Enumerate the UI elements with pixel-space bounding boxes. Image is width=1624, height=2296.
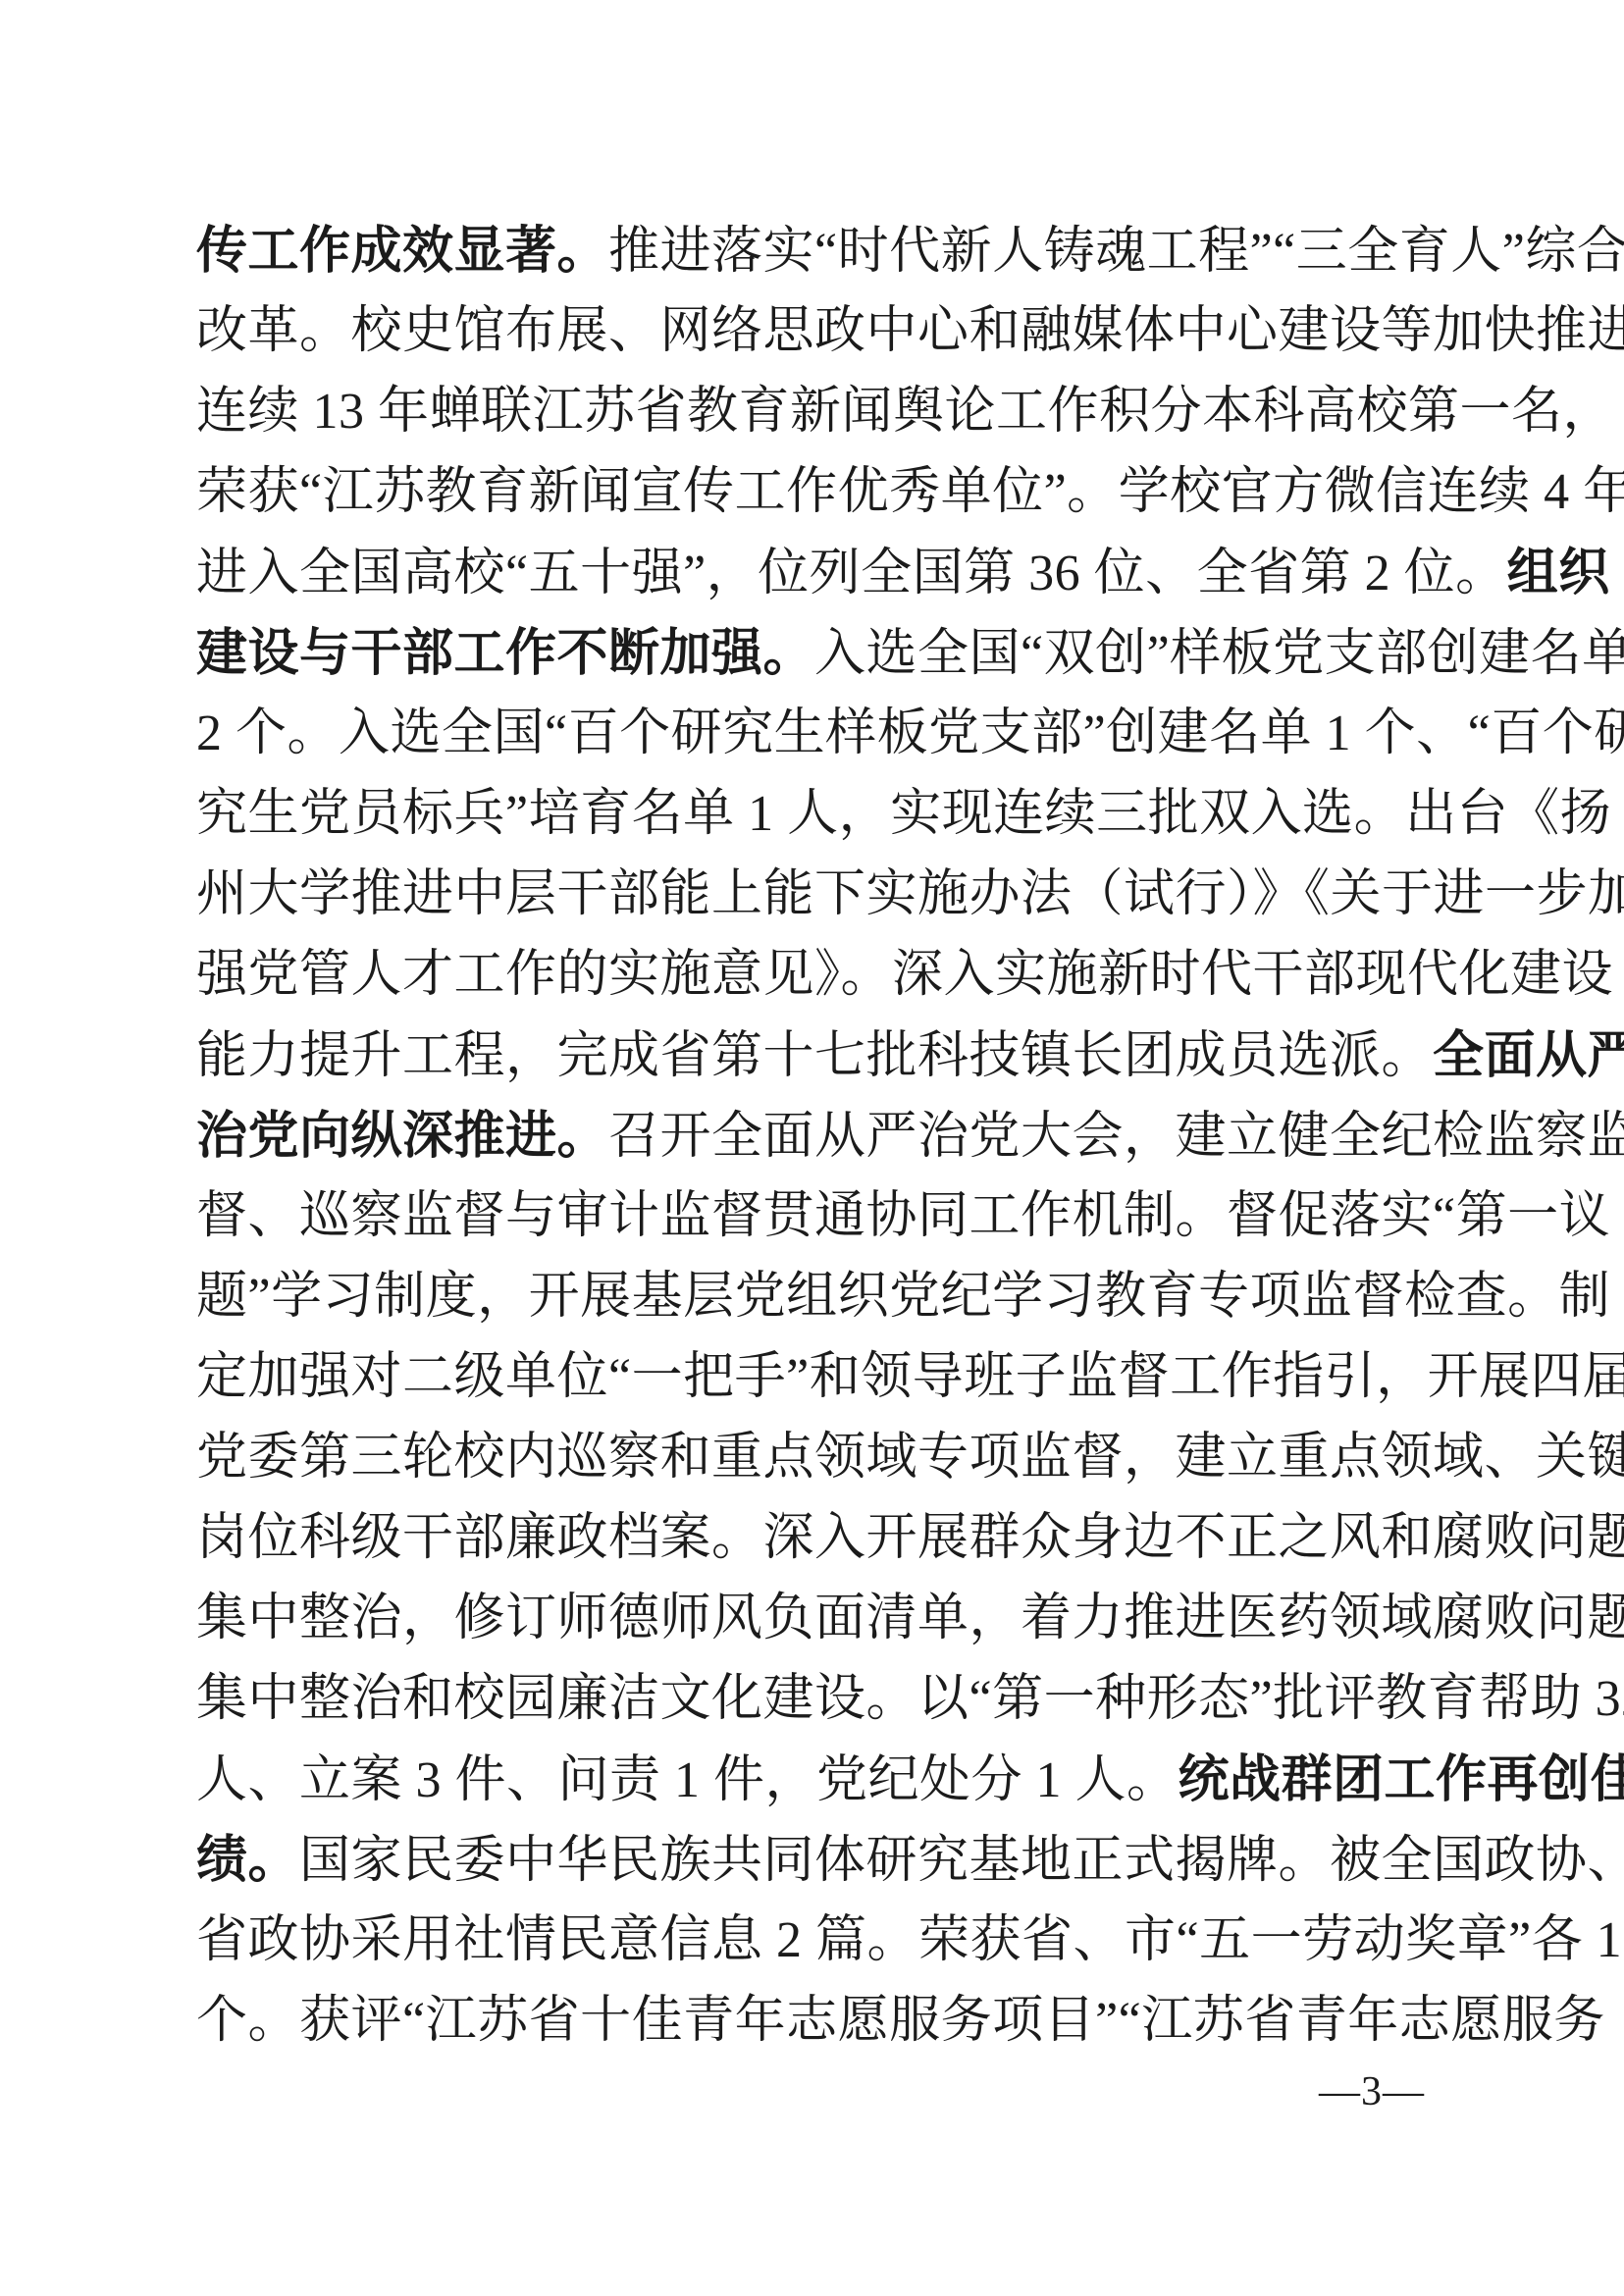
body-text: 入选全国“双创”样板党支部创建名单 — [814, 626, 1624, 682]
bold-heading-text: 绩。 — [196, 1832, 299, 1889]
body-text: 题”学习制度，开展基层党组织党纪学习教育专项监督检查。制 — [196, 1269, 1610, 1325]
text-line: 进入全国高校“五十强”，位列全国第 36 位、全省第 2 位。组织 — [196, 533, 1430, 613]
body-text: 改革。校史馆布展、网络思政中心和融媒体中心建设等加快推进。 — [196, 303, 1624, 359]
text-line: 能力提升工程，完成省第十七批科技镇长团成员选派。全面从严 — [196, 1016, 1430, 1096]
body-text: 究生党员标兵”培育名单 1 人，实现连续三批双入选。出台《扬 — [196, 786, 1611, 842]
text-line: 人、立案 3 件、问责 1 件，党纪处分 1 人。统战群团工作再创佳 — [196, 1740, 1430, 1820]
text-line: 连续 13 年蝉联江苏省教育新闻舆论工作积分本科高校第一名， — [196, 372, 1430, 452]
body-text: 督、巡察监督与审计监督贯通协同工作机制。督促落实“第一议 — [196, 1188, 1610, 1244]
body-text: 人、立案 3 件、问责 1 件，党纪处分 1 人。 — [196, 1752, 1179, 1808]
bold-heading-text: 统战群团工作再创佳 — [1179, 1751, 1624, 1808]
body-text: 强党管人才工作的实施意见》。深入实施新时代干部现代化建设 — [196, 947, 1613, 1003]
text-line: 究生党员标兵”培育名单 1 人，实现连续三批双入选。出台《扬 — [196, 774, 1430, 855]
bold-heading-text: 组织 — [1507, 545, 1610, 601]
text-line: 绩。国家民委中华民族共同体研究基地正式揭牌。被全国政协、 — [196, 1820, 1430, 1901]
text-line: 督、巡察监督与审计监督贯通协同工作机制。督促落实“第一议 — [196, 1176, 1430, 1257]
body-text: 国家民委中华民族共同体研究基地正式揭牌。被全国政协、 — [299, 1833, 1624, 1889]
text-line: 集中整治和校园廉洁文化建设。以“第一种形态”批评教育帮助 32 — [196, 1659, 1430, 1740]
body-text: 2 个。入选全国“百个研究生样板党支部”创建名单 1 个、“百个研 — [196, 705, 1624, 761]
bold-heading-text: 治党向纵深推进。 — [196, 1108, 608, 1165]
body-text: 州大学推进中层干部能上能下实施办法（试行）》《关于进一步加 — [196, 866, 1624, 922]
text-line: 2 个。入选全国“百个研究生样板党支部”创建名单 1 个、“百个研 — [196, 694, 1430, 774]
text-line: 个。获评“江苏省十佳青年志愿服务项目”“江苏省青年志愿服务 — [196, 1981, 1430, 2061]
body-text: 省政协采用社情民意信息 2 篇。荣获省、市“五一劳动奖章”各 1 — [196, 1912, 1622, 1968]
bold-heading-text: 建设与干部工作不断加强。 — [196, 625, 814, 682]
body-text: 进入全国高校“五十强”，位列全国第 36 位、全省第 2 位。 — [196, 546, 1507, 601]
body-text: 能力提升工程，完成省第十七批科技镇长团成员选派。 — [196, 1028, 1433, 1084]
text-line: 州大学推进中层干部能上能下实施办法（试行）》《关于进一步加 — [196, 855, 1430, 935]
text-line: 集中整治，修订师德师风负面清单，着力推进医药领域腐败问题 — [196, 1579, 1430, 1659]
body-text: 集中整治，修订师德师风负面清单，着力推进医药领域腐败问题 — [196, 1591, 1624, 1646]
text-line: 岗位科级干部廉政档案。深入开展群众身边不正之风和腐败问题 — [196, 1498, 1430, 1579]
text-line: 定加强对二级单位“一把手”和领导班子监督工作指引，开展四届 — [196, 1337, 1430, 1418]
body-text: 荣获“江苏教育新闻宣传工作优秀单位”。学校官方微信连续 4 年 — [196, 464, 1624, 520]
text-line: 省政协采用社情民意信息 2 篇。荣获省、市“五一劳动奖章”各 1 — [196, 1901, 1430, 1981]
bold-heading-text: 全面从严 — [1433, 1027, 1624, 1084]
body-text: 党委第三轮校内巡察和重点领域专项监督，建立重点领域、关键 — [196, 1430, 1624, 1486]
body-text: 个。获评“江苏省十佳青年志愿服务项目”“江苏省青年志愿服务 — [196, 1993, 1605, 2049]
page-number: —3— — [1319, 2068, 1425, 2115]
body-text: 连续 13 年蝉联江苏省教育新闻舆论工作积分本科高校第一名， — [196, 384, 1614, 440]
document-body: 传工作成效显著。推进落实“时代新人铸魂工程”“三全育人”综合改革。校史馆布展、网… — [196, 211, 1430, 2061]
text-line: 传工作成效显著。推进落实“时代新人铸魂工程”“三全育人”综合 — [196, 211, 1430, 291]
bold-heading-text: 传工作成效显著。 — [196, 223, 608, 280]
text-line: 党委第三轮校内巡察和重点领域专项监督，建立重点领域、关键 — [196, 1418, 1430, 1498]
body-text: 集中整治和校园廉洁文化建设。以“第一种形态”批评教育帮助 32 — [196, 1671, 1624, 1727]
text-line: 题”学习制度，开展基层党组织党纪学习教育专项监督检查。制 — [196, 1257, 1430, 1337]
body-text: 定加强对二级单位“一把手”和领导班子监督工作指引，开展四届 — [196, 1349, 1624, 1405]
text-line: 荣获“江苏教育新闻宣传工作优秀单位”。学校官方微信连续 4 年 — [196, 452, 1430, 533]
text-line: 改革。校史馆布展、网络思政中心和融媒体中心建设等加快推进。 — [196, 291, 1430, 372]
body-text: 召开全面从严治党大会，建立健全纪检监察监 — [608, 1109, 1624, 1165]
document-page: 传工作成效显著。推进落实“时代新人铸魂工程”“三全育人”综合改革。校史馆布展、网… — [0, 0, 1624, 2296]
body-text: 岗位科级干部廉政档案。深入开展群众身边不正之风和腐败问题 — [196, 1510, 1624, 1566]
text-line: 建设与干部工作不断加强。入选全国“双创”样板党支部创建名单 — [196, 613, 1430, 694]
text-line: 治党向纵深推进。召开全面从严治党大会，建立健全纪检监察监 — [196, 1096, 1430, 1176]
text-line: 强党管人才工作的实施意见》。深入实施新时代干部现代化建设 — [196, 935, 1430, 1016]
body-text: 推进落实“时代新人铸魂工程”“三全育人”综合 — [608, 224, 1624, 280]
